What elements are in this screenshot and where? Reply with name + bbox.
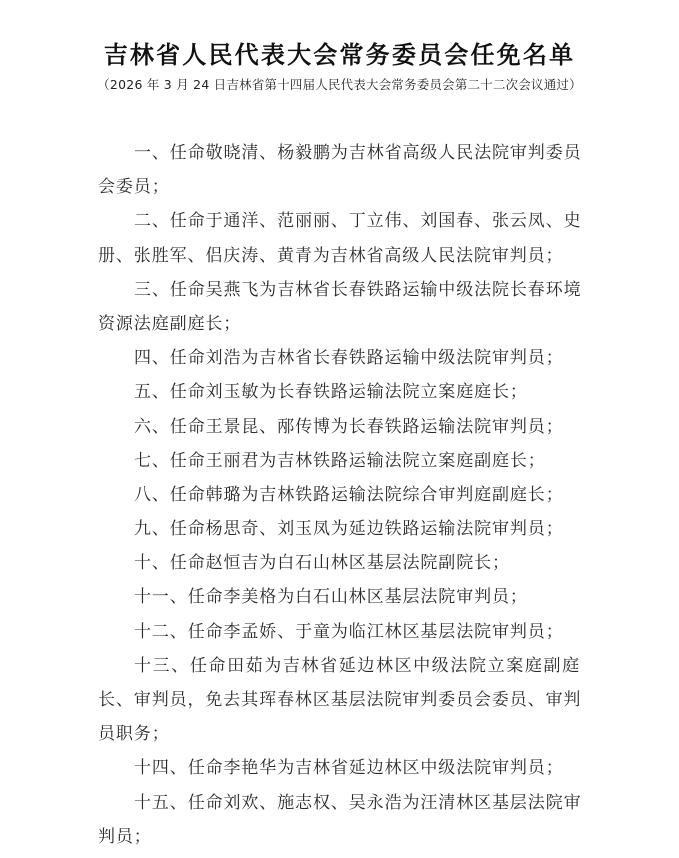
document-subtitle: （2026 年 3 月 24 日吉林省第十四届人民代表大会常务委员会第二十二次会… [0, 76, 679, 94]
list-item-9-line-1: 九、任命杨思奇、刘玉凤为延边铁路运输法院审判员； [98, 512, 580, 546]
list-item-3-line-1: 三、任命吴燕飞为吉林省长春铁路运输中级法院长春环境 [98, 273, 580, 307]
list-item-1-line-2: 会委员； [98, 170, 580, 204]
list-item-8-line-1: 八、任命韩璐为吉林铁路运输法院综合审判庭副庭长； [98, 478, 580, 512]
list-item-13-line-1: 十三、任命田茹为吉林省延边林区中级法院立案庭副庭 [98, 649, 580, 683]
list-item-15-line-2: 判员； [98, 820, 580, 854]
list-item-13-line-2: 长、审判员，免去其珲春林区基层法院审判委员会委员、审判 [98, 683, 580, 717]
list-item-1-line-1: 一、任命敬晓清、杨毅鹏为吉林省高级人民法院审判委员 [98, 136, 580, 170]
list-item-12-line-1: 十二、任命李孟娇、于童为临江林区基层法院审判员； [98, 615, 580, 649]
list-item-2-line-1: 二、任命于通洋、范丽丽、丁立伟、刘国春、张云凤、史 [98, 204, 580, 238]
list-item-11-line-1: 十一、任命李美格为白石山林区基层法院审判员； [98, 580, 580, 614]
list-item-5-line-1: 五、任命刘玉敏为长春铁路运输法院立案庭庭长； [98, 375, 580, 409]
list-item-4-line-1: 四、任命刘浩为吉林省长春铁路运输中级法院审判员； [98, 341, 580, 375]
list-item-7-line-1: 七、任命王丽君为吉林铁路运输法院立案庭副庭长； [98, 444, 580, 478]
document-page: 吉林省人民代表大会常务委员会任免名单 （2026 年 3 月 24 日吉林省第十… [0, 0, 679, 858]
list-item-2-line-2: 册、张胜军、侣庆涛、黄青为吉林省高级人民法院审判员； [98, 239, 580, 273]
list-item-15-line-1: 十五、任命刘欢、施志权、吴永浩为汪清林区基层法院审 [98, 786, 580, 820]
list-item-6-line-1: 六、任命王景昆、邴传博为长春铁路运输法院审判员； [98, 410, 580, 444]
document-title: 吉林省人民代表大会常务委员会任免名单 [0, 38, 679, 72]
appointment-list: 一、任命敬晓清、杨毅鹏为吉林省高级人民法院审判委员 会委员； 二、任命于通洋、范… [98, 136, 580, 854]
list-item-14-line-1: 十四、任命李艳华为吉林省延边林区中级法院审判员； [98, 751, 580, 785]
list-item-13-line-3: 员职务； [98, 717, 580, 751]
list-item-10-line-1: 十、任命赵恒吉为白石山林区基层法院副院长； [98, 546, 580, 580]
list-item-3-line-2: 资源法庭副庭长； [98, 307, 580, 341]
